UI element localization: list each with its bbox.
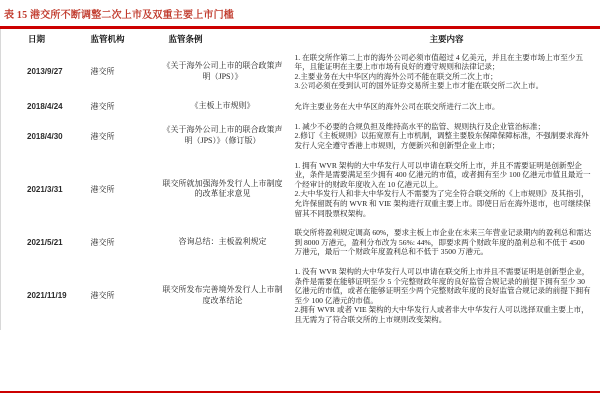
cell-regulation: 联交所就加强海外发行人上市制度的改革征求意见	[153, 156, 293, 224]
cell-regulation: 咨询总结：主板盈利规定	[153, 223, 293, 262]
cell-content: 1. 拥有 WVR 架构的大中华发行人可以申请在联交所上市，并且不需要证明是创新…	[293, 156, 600, 224]
cell-regulator: 港交所	[89, 262, 153, 330]
table-header-row: 日期 监管机构 监管条例 主要内容	[1, 29, 600, 48]
cell-date: 2021/11/19	[1, 262, 89, 330]
cell-date: 2018/4/24	[1, 96, 89, 117]
cell-regulation: 《关于海外公司上市的联合政策声明（JPS）》	[153, 48, 293, 96]
column-header-content: 主要内容	[293, 29, 600, 48]
cell-content: 1. 没有 WVR 架构的大中华发行人可以申请在联交所上市并且不需要证明是创新型…	[293, 262, 600, 330]
bottom-divider-rule	[0, 391, 600, 394]
cell-content: 1. 减少不必要的合规负担及维持高水平的监管、规则执行及企业管治标准； 2.修订…	[293, 117, 600, 156]
table-row: 2021/5/21 港交所 咨询总结：主板盈利规定 联交所将盈利规定调高 60%…	[1, 223, 600, 262]
cell-content: 1. 在联交所作第二上市的海外公司必须市值超过 4 亿美元，并且在主要市场上市至…	[293, 48, 600, 96]
table-row: 2013/9/27 港交所 《关于海外公司上市的联合政策声明（JPS）》 1. …	[1, 48, 600, 96]
table-title: 表 15 港交所不断调整二次上市及双重主要上市门槛	[0, 0, 600, 21]
cell-content: 联交所将盈利规定调高 60%，要求主板上市企业在未来三年营业记录期内的盈利总和需…	[293, 223, 600, 262]
cell-regulator: 港交所	[89, 156, 153, 224]
report-table-page: 表 15 港交所不断调整二次上市及双重主要上市门槛 日期 监管机构 监管条例 主…	[0, 0, 600, 400]
table-row: 2018/4/30 港交所 《关于海外公司上市的联合政策声明（JPS）》（修订版…	[1, 117, 600, 156]
cell-regulation: 《关于海外公司上市的联合政策声明（JPS）》（修订版）	[153, 117, 293, 156]
cell-date: 2013/9/27	[1, 48, 89, 96]
column-header-regulation: 监管条例	[153, 29, 293, 48]
cell-regulation: 《主板上市规则》	[153, 96, 293, 117]
table-row: 2021/3/31 港交所 联交所就加强海外发行人上市制度的改革征求意见 1. …	[1, 156, 600, 224]
cell-date: 2018/4/30	[1, 117, 89, 156]
cell-date: 2021/5/21	[1, 223, 89, 262]
cell-regulator: 港交所	[89, 223, 153, 262]
cell-regulator: 港交所	[89, 96, 153, 117]
table-row: 2021/11/19 港交所 联交所发布完善境外发行人上市制度改革结论 1. 没…	[1, 262, 600, 330]
column-header-date: 日期	[1, 29, 89, 48]
cell-regulator: 港交所	[89, 117, 153, 156]
cell-content: 允许主要业务在大中华区的海外公司在联交所进行二次上市。	[293, 96, 600, 117]
cell-regulator: 港交所	[89, 48, 153, 96]
cell-regulation: 联交所发布完善境外发行人上市制度改革结论	[153, 262, 293, 330]
column-header-regulator: 监管机构	[89, 29, 153, 48]
cell-date: 2021/3/31	[1, 156, 89, 224]
regulation-table: 日期 监管机构 监管条例 主要内容 2013/9/27 港交所 《关于海外公司上…	[0, 29, 600, 330]
table-row: 2018/4/24 港交所 《主板上市规则》 允许主要业务在大中华区的海外公司在…	[1, 96, 600, 117]
